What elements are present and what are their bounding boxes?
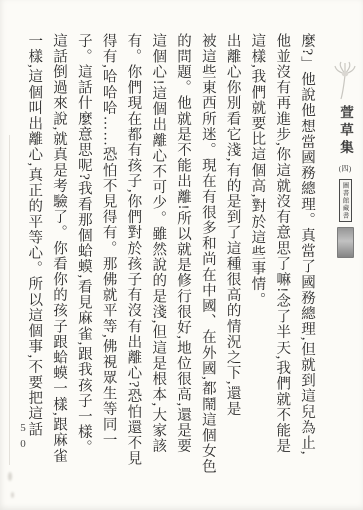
scan-smudge [11, 492, 14, 498]
library-label-text: 圖書館藏書 [341, 182, 350, 220]
text-column: 出離心你別看它淺,有的是到了這種很高的情況之下,還是 [220, 33, 245, 495]
text-column: 這話倒過來說,就真是考驗了。你看你的孩子跟蛤蟆一樣,跟麻雀 [46, 33, 71, 495]
text-column: 的問題。他就是不能出離!所以就是修行很好,地位很高,還是要 [170, 33, 195, 495]
library-label: 圖書館藏書 [339, 179, 352, 223]
text-column: 有。你們現在都有孩子,你們對於孩子有沒有出離心?恐怕還不見 [121, 33, 146, 495]
title-strip: 萱草集 (四) 圖書館藏書 [331, 60, 359, 258]
page-edge-line [9, 135, 10, 465]
daylily-flower-icon [332, 60, 358, 100]
scan-smudge [8, 472, 12, 481]
text-column: 子。這話什麼意思呢?我看那個蛤蟆,看見麻雀,跟我孩子一樣。 [71, 33, 96, 495]
body-text: 麼?」他說他想當國務總理。真當了國務總理,但就到這兒為止, 他並沒有再進步,你這… [21, 33, 319, 495]
text-column: 這樣,我們就要比這個高,對於這些事情。 [245, 33, 270, 495]
call-number-sticker [337, 227, 354, 258]
text-column: 麼?」他說他想當國務總理。真當了國務總理,但就到這兒為止, [294, 33, 319, 495]
page-number: 50 [17, 422, 29, 454]
text-column: 他並沒有再進步,你這就沒有意思了嘛!念了半天,我們就不能是 [269, 33, 294, 495]
text-column: 這個心!這個出離心不可少。雖然說的是淺,但這是根本,大家該 [145, 33, 170, 495]
text-column: 得有,哈哈哈……恐怕不見得有。那佛就平等,佛視眾生等同一 [96, 33, 121, 495]
volume-number: (四) [339, 163, 352, 174]
text-column: 被這些東西所迷。現在有很多和尚在中國、在外國,都鬧這個女色 [195, 33, 220, 495]
book-page: 萱草集 (四) 圖書館藏書 麼?」他說他想當國務總理。真當了國務總理,但就到這兒… [0, 0, 363, 510]
book-title: 萱草集 [335, 105, 355, 158]
